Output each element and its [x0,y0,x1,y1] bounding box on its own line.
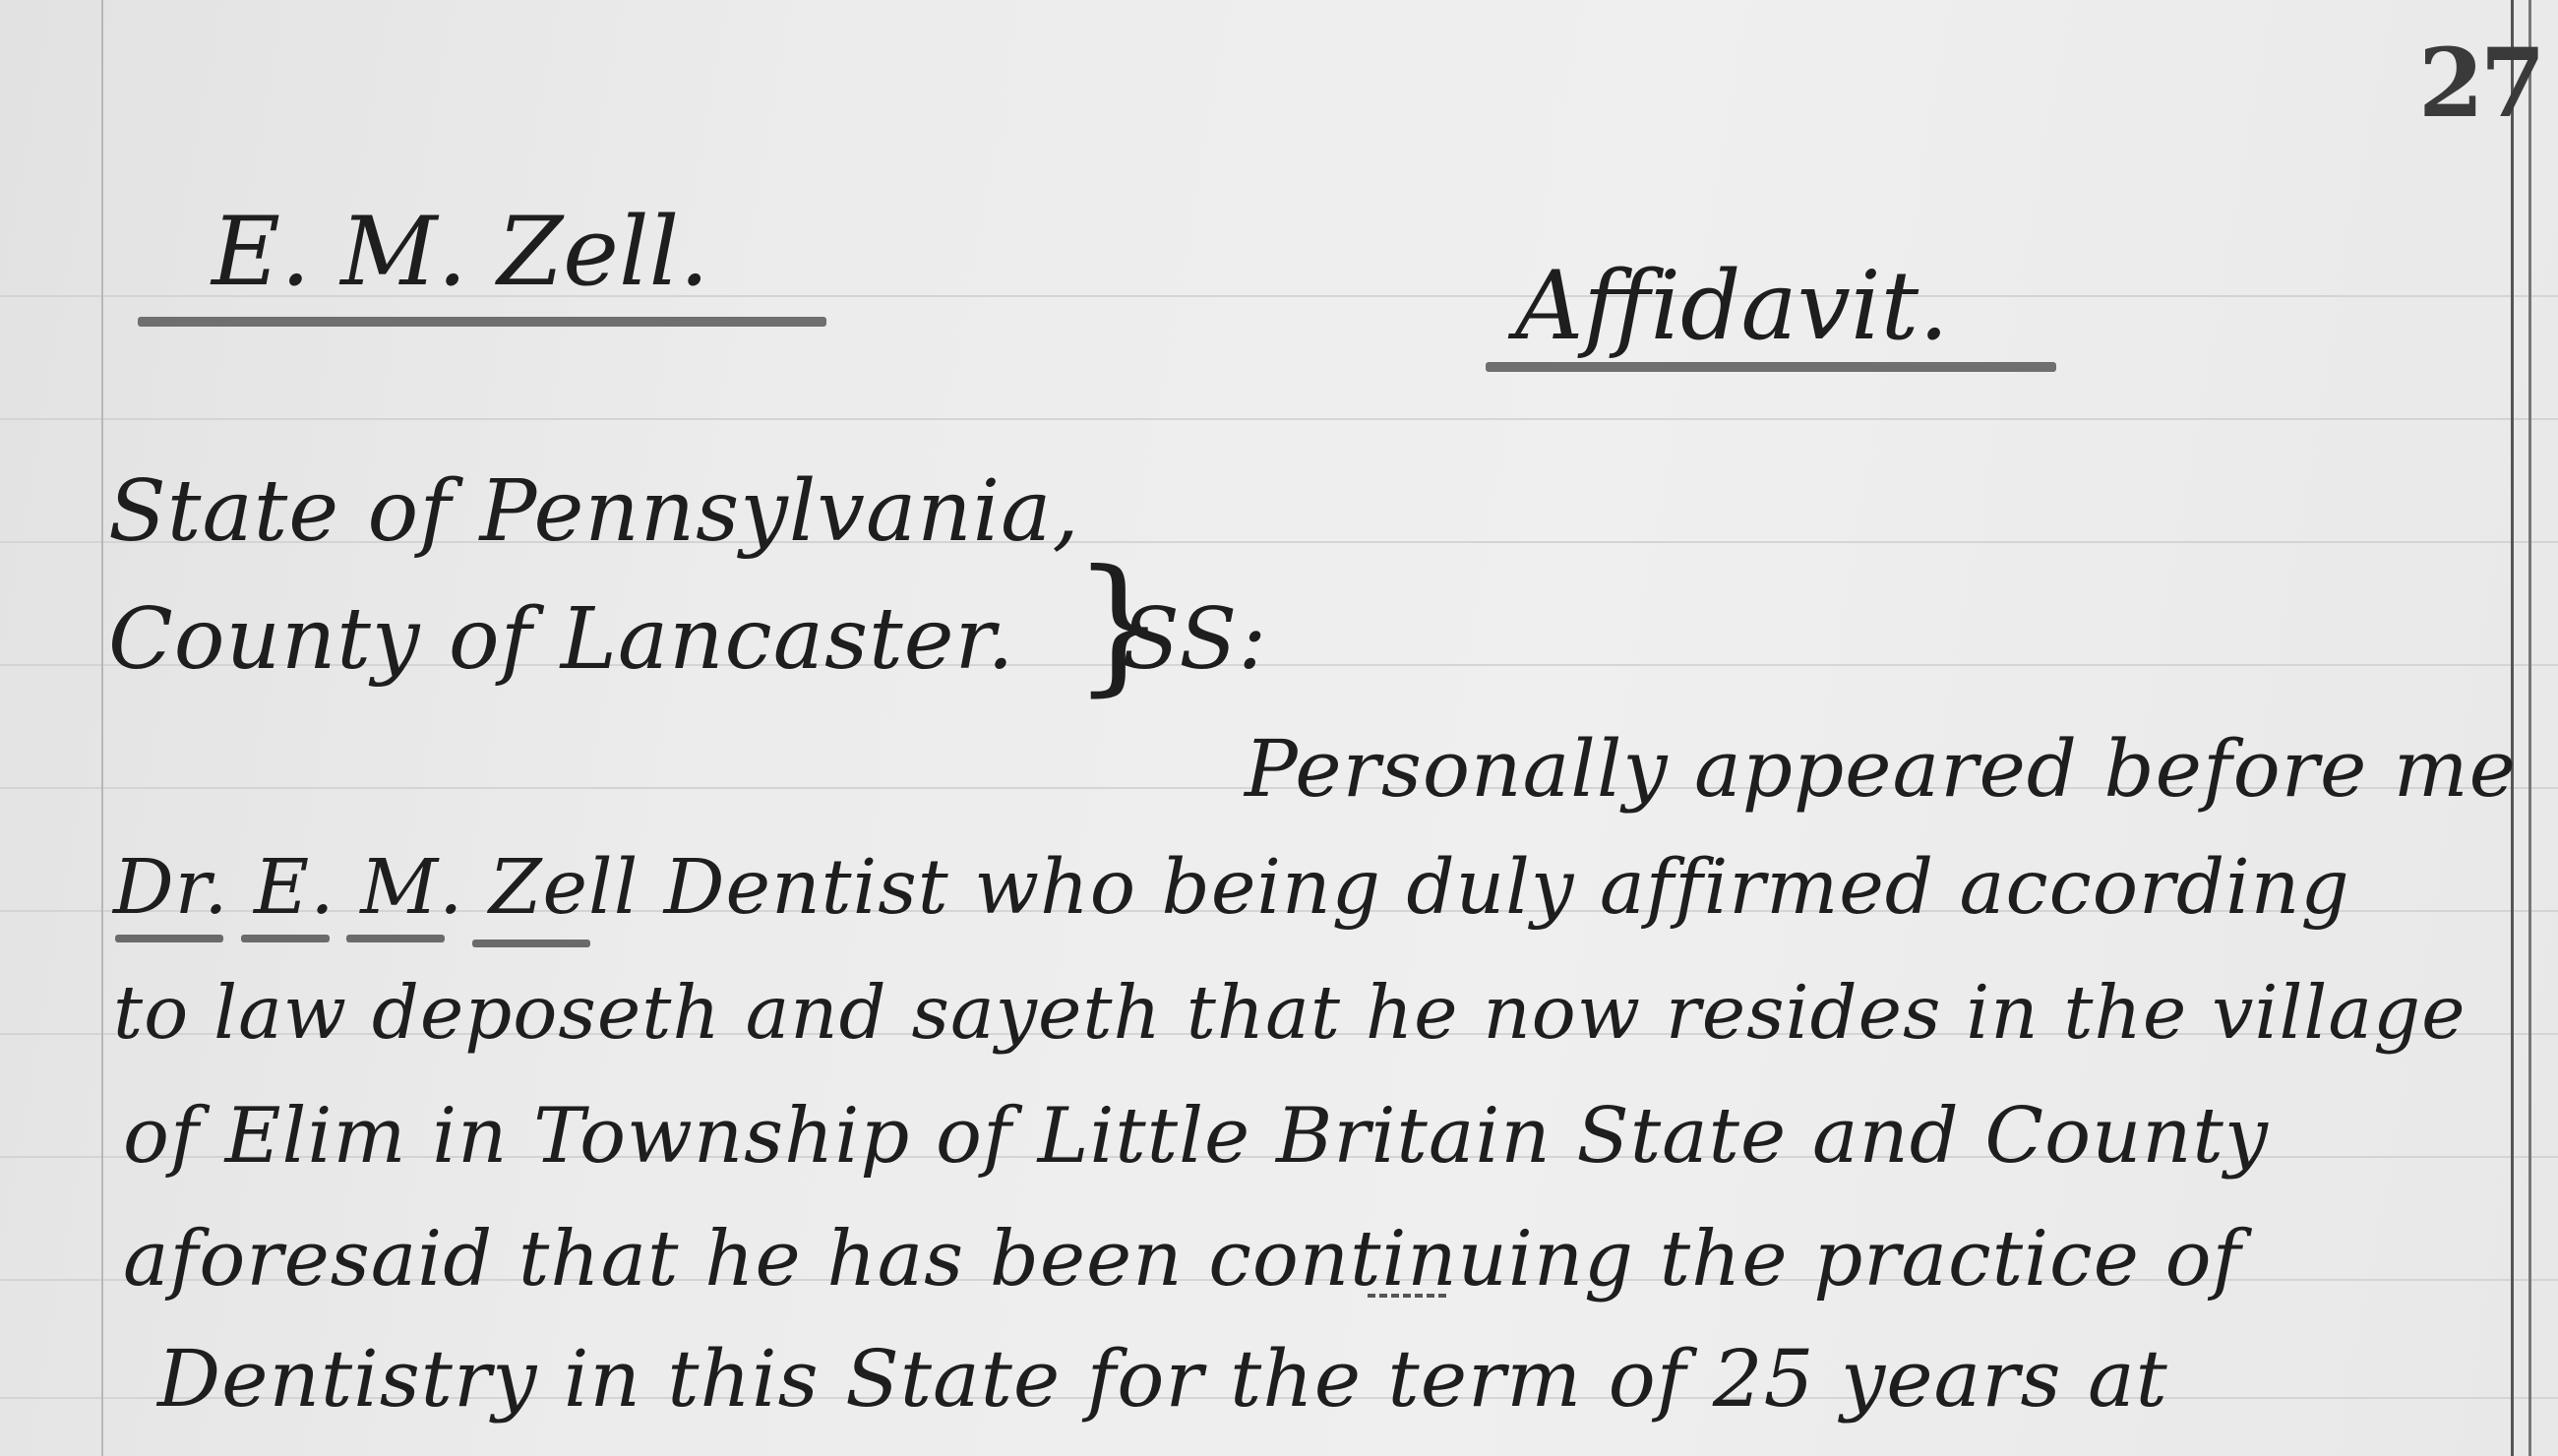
body-line-1: Personally appeared before me [1245,723,2517,815]
name-heading-underline [138,317,826,327]
body-line-4: of Elim in Township of Little Britain St… [123,1092,2269,1181]
body-line-2: Dr. E. M. Zell Dentist who being duly af… [113,844,2350,932]
name-underline-zell [472,940,590,947]
name-underline-e [241,935,330,942]
ruled-line [0,418,2558,420]
title-heading-underline [1486,362,2056,372]
venue-county: County of Lancaster. [108,590,1015,689]
continuing-underline [1368,1291,1446,1298]
page-number: 27 [2418,28,2542,139]
body-line-6: Dentistry in this State for the term of … [157,1333,2168,1425]
entry-title-heading: Affidavit. [1515,251,1949,361]
body-line-5: aforesaid that he has been continuing th… [123,1215,2241,1304]
entry-name-heading: E. M. Zell. [212,197,709,307]
name-underline-dr [115,935,223,942]
venue-ss: SS: [1122,590,1267,689]
left-margin-rule [101,0,103,1456]
right-margin-rule-outer [2528,0,2531,1456]
name-underline-m [346,935,445,942]
body-line-3: to law deposeth and sayeth that he now r… [113,969,2467,1056]
ledger-page: 27 E. M. Zell. Affidavit. State of Penns… [0,0,2558,1456]
venue-state: State of Pennsylvania, [108,462,1080,561]
